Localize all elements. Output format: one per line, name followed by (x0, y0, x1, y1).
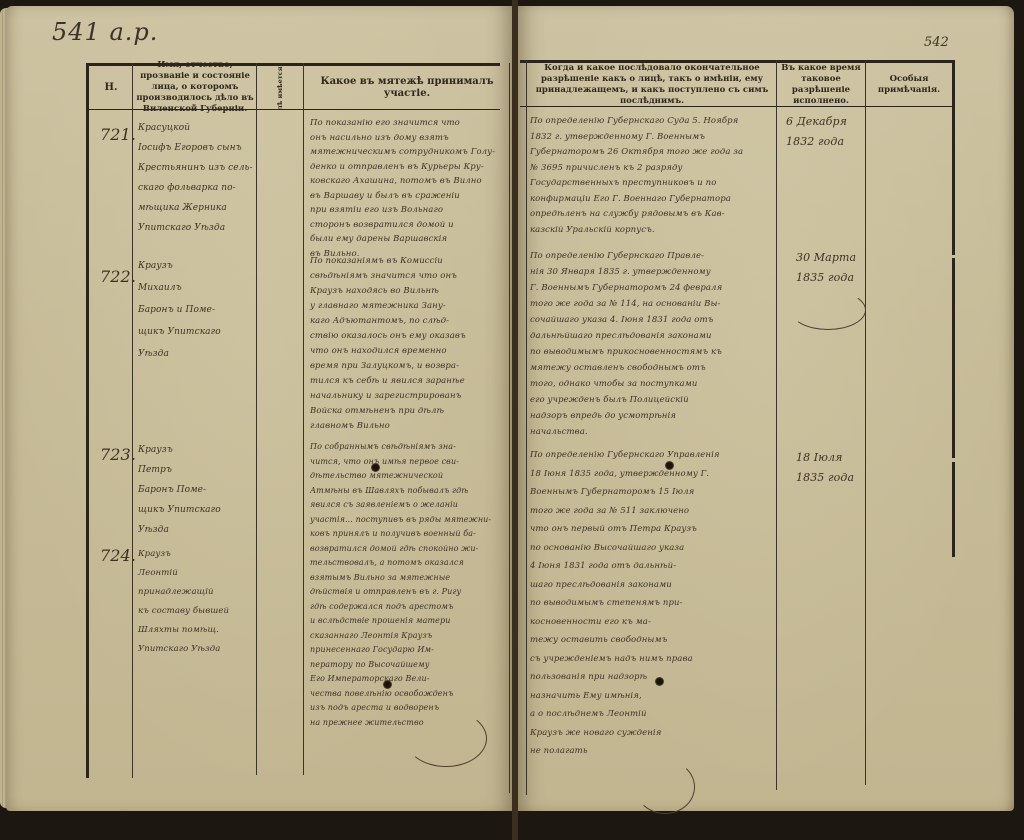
binding-hole (655, 677, 664, 686)
right-table-border (952, 258, 955, 458)
binding-hole (665, 461, 674, 470)
header-name: Имя, отчество, прозваніе и состояніе лиц… (134, 66, 256, 109)
execution-date: 30 Марта 1835 года (796, 248, 876, 288)
col-divider (303, 63, 304, 775)
col-divider (132, 63, 133, 778)
right-table-border (952, 60, 955, 255)
participation-text: По показанію его значится что онъ насиль… (310, 116, 508, 261)
pen-flourish (405, 710, 487, 767)
right-table-border (952, 462, 955, 557)
col-divider (865, 60, 866, 785)
row-number: 723. (100, 446, 136, 464)
resolution-text: По определенію Губернскаго Управленія 18… (530, 446, 774, 761)
binding-hole (371, 463, 380, 472)
col-divider (509, 63, 510, 793)
participation-text: По собраннымъ свѣдѣніямъ зна- чится, что… (310, 440, 508, 730)
left-page-number: 541 а.р. (52, 18, 158, 46)
person-name: Краузъ Михаилъ Баронъ и Поме- щикъ Упитс… (138, 255, 258, 365)
person-name: Краузъ Леонтій принадлежащій къ составу … (138, 545, 258, 659)
header-resolution: Когда и какое послѣдовало окончательное … (528, 63, 776, 106)
row-number: 724. (100, 547, 136, 565)
pen-flourish (635, 760, 695, 814)
person-name: Красуцкой Іосифъ Егоровъ сынъ Крестьянин… (138, 118, 258, 238)
book-gutter (512, 0, 518, 840)
header-notes: Особыя примѣчанія. (866, 63, 952, 106)
participation-text: По показаніямъ въ Комиссіи свѣдѣніямъ зн… (310, 254, 508, 434)
row-number: 722. (100, 268, 136, 286)
left-table-border (86, 63, 89, 778)
header-executed: Въ какое время таковое разрѣшеніе исполн… (777, 63, 865, 106)
col-divider (526, 60, 527, 795)
binding-hole (383, 680, 392, 689)
row-number: 721. (100, 126, 136, 144)
header-number: Н. (90, 66, 132, 109)
resolution-text: По определенію Губернскаго Суда 5. Ноябр… (530, 114, 774, 238)
execution-date: 6 Декабря 1832 года (786, 112, 866, 152)
resolution-text: По определенію Губернскаго Правле- нія 3… (530, 248, 774, 440)
person-name: Краузъ Петръ Баронъ Поме- щикъ Упитскаго… (138, 440, 258, 540)
ledger-spread: 541 а.р. 542 Н. Имя, отчество, прозваніе… (0, 0, 1024, 840)
pen-flourish (790, 290, 866, 330)
right-page-number: 542 (924, 35, 949, 50)
col-divider (776, 60, 777, 790)
header-participation: Какое въ мятежѣ принималъ участіе. (305, 66, 509, 109)
execution-date: 18 Іюля 1835 года (796, 448, 876, 488)
header-age: Лѣта буде при дѣлѣ имѣется о томъ свѣдѣн… (257, 66, 303, 109)
